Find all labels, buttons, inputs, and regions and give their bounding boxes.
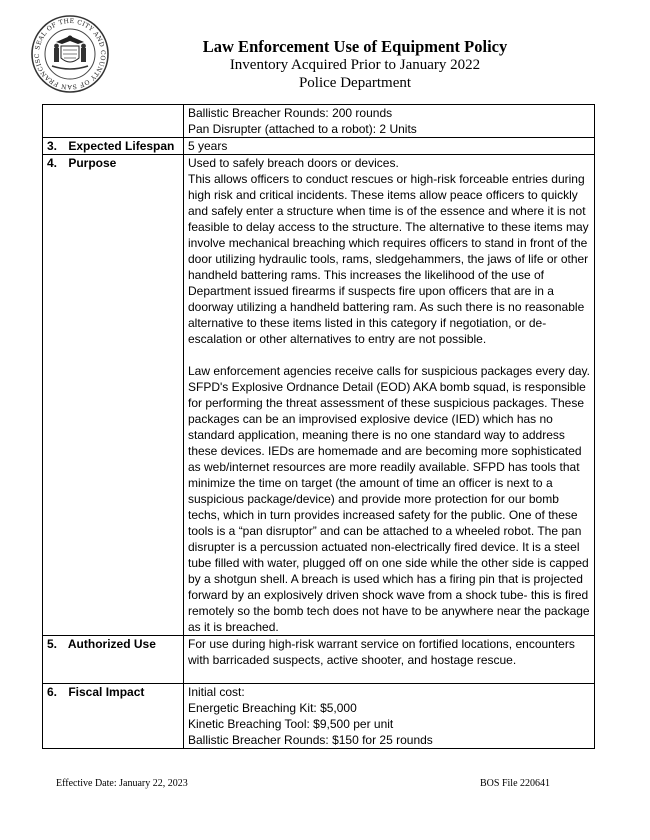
purpose-label: 4. Purpose — [43, 155, 184, 636]
authorized-use-label: 5. Authorized Use — [43, 636, 184, 684]
seal-icon: SEAL OF THE CITY AND COUNTY OF SAN FRANC… — [30, 14, 110, 94]
authorized-use-value: For use during high-risk warrant service… — [184, 636, 595, 684]
row-number: 3. — [47, 138, 65, 154]
inventory-line: Ballistic Breacher Rounds: 200 rounds — [188, 105, 590, 121]
purpose-paragraph-2: Law enforcement agencies receive calls f… — [188, 363, 590, 635]
inventory-line: Pan Disrupter (attached to a robot): 2 U… — [188, 121, 590, 137]
document-header: Law Enforcement Use of Equipment Policy … — [120, 38, 590, 92]
row-number: 5. — [47, 636, 65, 652]
purpose-value: Used to safely breach doors or devices. … — [184, 155, 595, 636]
policy-table: Ballistic Breacher Rounds: 200 rounds Pa… — [42, 104, 595, 749]
fiscal-line: Ballistic Breacher Rounds: $150 for 25 r… — [188, 732, 590, 748]
table-row-fiscal-impact: 6. Fiscal Impact Initial cost: Energetic… — [43, 684, 595, 749]
paragraph-spacer — [188, 347, 590, 363]
bos-file-number: BOS File 220641 — [480, 778, 550, 789]
row-label: Purpose — [68, 156, 116, 170]
row-label: Expected Lifespan — [68, 139, 174, 153]
lifespan-value: 5 years — [184, 138, 595, 155]
table-row-purpose: 4. Purpose Used to safely breach doors o… — [43, 155, 595, 636]
row-number: 4. — [47, 155, 65, 171]
continued-label-cell — [43, 105, 184, 138]
row-label: Fiscal Impact — [68, 685, 144, 699]
table-row-lifespan: 3. Expected Lifespan 5 years — [43, 138, 595, 155]
fiscal-impact-label: 6. Fiscal Impact — [43, 684, 184, 749]
row-number: 6. — [47, 684, 65, 700]
city-seal-icon: SEAL OF THE CITY AND COUNTY OF SAN FRANC… — [30, 14, 110, 94]
department-name: Police Department — [120, 74, 590, 92]
fiscal-impact-value: Initial cost: Energetic Breaching Kit: $… — [184, 684, 595, 749]
continued-value-cell: Ballistic Breacher Rounds: 200 rounds Pa… — [184, 105, 595, 138]
row-label: Authorized Use — [68, 637, 156, 651]
fiscal-line: Initial cost: — [188, 684, 590, 700]
table-row-authorized-use: 5. Authorized Use For use during high-ri… — [43, 636, 595, 684]
document-subtitle: Inventory Acquired Prior to January 2022 — [120, 56, 590, 74]
purpose-paragraph-1: This allows officers to conduct rescues … — [188, 171, 590, 347]
document-title: Law Enforcement Use of Equipment Policy — [120, 38, 590, 56]
fiscal-line: Energetic Breaching Kit: $5,000 — [188, 700, 590, 716]
lifespan-label: 3. Expected Lifespan — [43, 138, 184, 155]
purpose-intro: Used to safely breach doors or devices. — [188, 155, 590, 171]
table-row-continued: Ballistic Breacher Rounds: 200 rounds Pa… — [43, 105, 595, 138]
fiscal-line: Kinetic Breaching Tool: $9,500 per unit — [188, 716, 590, 732]
effective-date: Effective Date: January 22, 2023 — [56, 778, 188, 789]
